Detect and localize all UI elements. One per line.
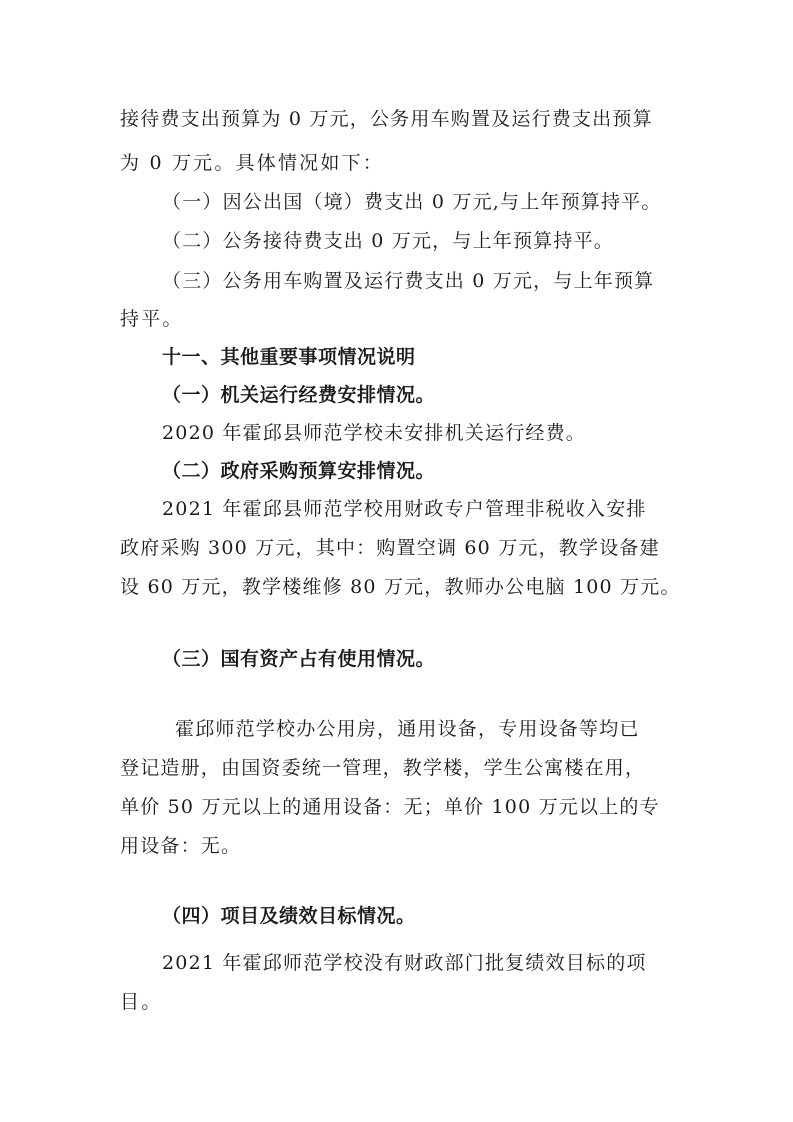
subsection-body-3-line-3: 单价 50 万元以上的通用设备：无；单价 100 万元以上的专 xyxy=(120,794,680,820)
paragraph-line: 为 0 万元。具体情况如下： xyxy=(120,150,680,176)
subsection-body-3-line-2: 登记造册，由国资委统一管理，教学楼，学生公寓楼在用， xyxy=(120,755,680,781)
list-item-3: （三）公务用车购置及运行费支出 0 万元，与上年预算 xyxy=(162,268,722,294)
subsection-heading-4: （四）项目及绩效目标情况。 xyxy=(162,903,722,929)
subsection-heading-1: （一）机关运行经费安排情况。 xyxy=(162,382,722,408)
subsection-body-4-line-1: 2021 年霍邱师范学校没有财政部门批复绩效目标的项 xyxy=(162,950,722,976)
subsection-body-4-line-2: 目。 xyxy=(120,989,680,1015)
list-item-1: （一）因公出国（境）费支出 0 万元,与上年预算持平。 xyxy=(162,189,722,215)
subsection-body-1: 2020 年霍邱县师范学校未安排机关运行经费。 xyxy=(162,420,722,446)
subsection-heading-2: （二）政府采购预算安排情况。 xyxy=(162,458,722,484)
subsection-body-2-line-1: 2021 年霍邱县师范学校用财政专户管理非税收入安排 xyxy=(162,496,722,522)
subsection-body-2-line-3: 设 60 万元，教学楼维修 80 万元，教师办公电脑 100 万元。 xyxy=(120,574,680,600)
subsection-body-3-line-1: 霍邱师范学校办公用房，通用设备，专用设备等均已 xyxy=(175,716,735,742)
subsection-body-3-line-4: 用设备：无。 xyxy=(120,833,680,859)
subsection-heading-3: （三）国有资产占有使用情况。 xyxy=(162,646,722,672)
document-page: 接待费支出预算为 0 万元，公务用车购置及运行费支出预算 为 0 万元。具体情况… xyxy=(0,0,793,1122)
paragraph-line: 接待费支出预算为 0 万元，公务用车购置及运行费支出预算 xyxy=(120,106,680,132)
list-item-2: （二）公务接待费支出 0 万元，与上年预算持平。 xyxy=(162,228,722,254)
list-item-3-continuation: 持平。 xyxy=(120,306,680,332)
subsection-body-2-line-2: 政府采购 300 万元，其中：购置空调 60 万元，教学设备建 xyxy=(120,535,680,561)
section-heading-11: 十一、其他重要事项情况说明 xyxy=(162,344,722,370)
